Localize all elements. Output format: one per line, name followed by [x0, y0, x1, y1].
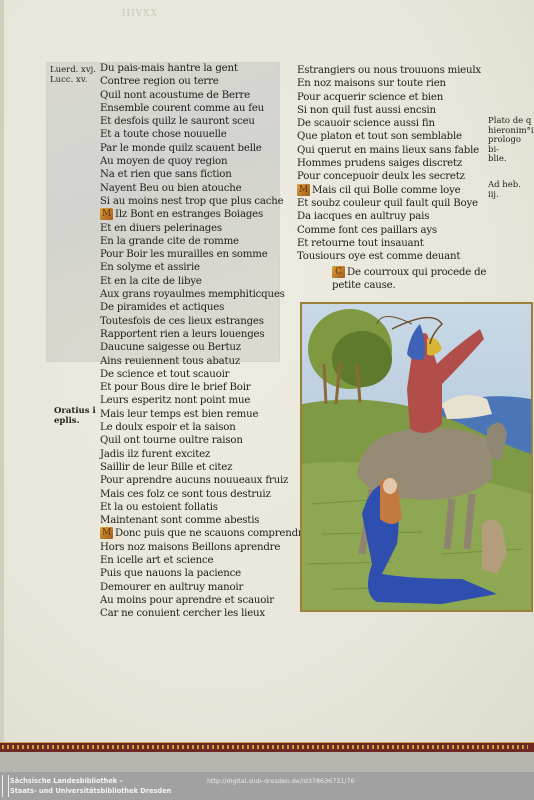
verse-line: Qui querut en mains lieux sans fable	[297, 144, 477, 157]
verse-text: Jadis ilz furent excitez	[100, 449, 210, 460]
verse-line: Pour concepuoir deulx les secretz	[297, 170, 477, 183]
margin-note-line: eplis.	[54, 417, 96, 427]
verse-line: MIlz Bont en estranges Boiages	[100, 208, 290, 221]
verse-text: Et a toute chose nouuelle	[100, 129, 227, 140]
verse-line: MDonc puis que ne scauons comprendre	[100, 527, 290, 540]
verse-line: Du pais-mais hantre la gent	[100, 62, 290, 75]
verse-line: En icelle art et science	[100, 554, 290, 567]
verse-text: Pour Boir les murailles en somme	[100, 249, 268, 260]
verse-line: Ensemble courent comme au feu	[100, 102, 290, 115]
verse-line: Mais leur temps est bien remue	[100, 408, 290, 421]
verse-line: Si au moins nest trop que plus cache	[100, 195, 290, 208]
verse-text: Pour aprendre aucuns nouueaux fruiz	[100, 475, 288, 486]
verse-text: Quil nont acoustume de Berre	[100, 90, 250, 101]
library-footer: Sächsische Landesbibliothek – Staats- un…	[0, 772, 534, 800]
verse-text: Par le monde quilz scauent belle	[100, 143, 262, 154]
verse-line: De piramides et actiques	[100, 301, 290, 314]
verse-text: Et soubz couleur quil fault quil Boye	[297, 198, 478, 209]
verse-line: Comme font ces paillars ays	[297, 224, 477, 237]
verse-text: Toutesfois de ces lieux estranges	[100, 316, 264, 327]
gilt-border-pattern	[2, 745, 528, 749]
verse-line: Pour Boir les murailles en somme	[100, 248, 290, 261]
margin-note-line: prologo bi-	[488, 136, 534, 155]
library-logo-icon	[2, 775, 9, 797]
verse-line: Rapportent rien a leurs louenges	[100, 328, 290, 341]
verse-line: Ains reuiennent tous abatuz	[100, 355, 290, 368]
verse-line: Quil ont tourne oultre raison	[100, 434, 290, 447]
heading-line: De courroux qui procede de	[347, 267, 486, 278]
verse-line: Pour aprendre aucuns nouueaux fruiz	[100, 474, 290, 487]
verse-line: Puis que nauons la pacience	[100, 567, 290, 580]
illuminated-initial: M	[297, 184, 310, 196]
verse-line: En la grande cite de romme	[100, 235, 290, 248]
verse-line: Hors noz maisons Beillons aprendre	[100, 541, 290, 554]
verse-text: Da iacques en aultruy pais	[297, 211, 429, 222]
verse-line: Car ne conuient cercher les lieux	[100, 607, 290, 620]
illuminated-initial: M	[100, 208, 113, 220]
verse-text: Rapportent rien a leurs louenges	[100, 329, 264, 340]
text-column-right: Estrangiers ou nous trouuons mieulxEn no…	[297, 64, 477, 263]
verse-text: Si non quil fust aussi encsin	[297, 105, 436, 116]
library-name-line1: Sächsische Landesbibliothek –	[10, 777, 123, 785]
verse-text: Au moins pour aprendre et scauoir	[100, 595, 274, 606]
verse-text: Si au moins nest trop que plus cache	[100, 196, 283, 207]
miniature-illustration	[300, 302, 533, 612]
heading-line: petite cause.	[332, 280, 396, 291]
verse-line: Et retourne tout insauant	[297, 237, 477, 250]
verse-line: Daucune saigesse ou Bertuz	[100, 341, 290, 354]
verse-line: MMais cil qui Bolle comme loye	[297, 184, 477, 197]
verse-text: De science et tout scauoir	[100, 369, 229, 380]
verse-line: Toutesfois de ces lieux estranges	[100, 315, 290, 328]
verse-line: Contree region ou terre	[100, 75, 290, 88]
miniature-painting-icon	[302, 304, 531, 610]
verse-text: Ilz Bont en estranges Boiages	[115, 209, 263, 220]
verse-text: De piramides et actiques	[100, 302, 224, 313]
folio-number-bleedthrough: IIIVXX	[122, 9, 158, 19]
verse-text: Daucune saigesse ou Bertuz	[100, 342, 241, 353]
verse-line: Et en la cite de libye	[100, 275, 290, 288]
verse-text: Et desfois quilz le sauront sceu	[100, 116, 255, 127]
verse-text: Le doulx espoir et la saison	[100, 422, 236, 433]
verse-text: Donc puis que ne scauons comprendre	[115, 528, 308, 539]
verse-text: En noz maisons sur toute rien	[297, 78, 446, 89]
verse-line: De science et tout scauoir	[100, 368, 290, 381]
verse-text: Aux grans royaulmes memphiticques	[100, 289, 285, 300]
verse-text: Pour concepuoir deulx les secretz	[297, 171, 465, 182]
verse-text: Quil ont tourne oultre raison	[100, 435, 243, 446]
verse-text: En solyme et assirie	[100, 262, 200, 273]
verse-line: Le doulx espoir et la saison	[100, 421, 290, 434]
verse-text: Demourer en aultruy manoir	[100, 582, 243, 593]
margin-note-line: Ad heb. iij.	[488, 181, 534, 200]
verse-text: Ains reuiennent tous abatuz	[100, 356, 240, 367]
verse-text: Au moyen de quoy region	[100, 156, 227, 167]
verse-line: En solyme et assirie	[100, 261, 290, 274]
verse-line: Si non quil fust aussi encsin	[297, 104, 477, 117]
verse-text: Que platon et tout son semblable	[297, 131, 462, 142]
verse-text: Maintenant sont comme abestis	[100, 515, 259, 526]
permalink-url[interactable]: http://digital.slub-dresden.de/id3786367…	[207, 777, 355, 785]
verse-line: Et en diuers pelerinages	[100, 222, 290, 235]
verse-text: Car ne conuient cercher les lieux	[100, 608, 265, 619]
verse-line: Et soubz couleur quil fault quil Boye	[297, 197, 477, 210]
verse-text: Mais leur temps est bien remue	[100, 409, 258, 420]
verse-line: Aux grans royaulmes memphiticques	[100, 288, 290, 301]
verse-text: Qui querut en mains lieux sans fable	[297, 145, 479, 156]
verse-text: En la grande cite de romme	[100, 236, 239, 247]
verse-line: Mais ces folz ce sont tous destruiz	[100, 488, 290, 501]
verse-line: Au moins pour aprendre et scauoir	[100, 594, 290, 607]
verse-line: Jadis ilz furent excitez	[100, 448, 290, 461]
verse-line: Quil nont acoustume de Berre	[100, 89, 290, 102]
scan-background	[0, 752, 534, 772]
margin-note-line: Lucc. xv.	[50, 76, 96, 86]
verse-text: Et la ou estoient follatis	[100, 502, 218, 513]
margin-note-right-mid: Ad heb. iij.	[488, 181, 534, 200]
verse-line: Et pour Bous dire le brief Boir	[100, 381, 290, 394]
manuscript-page: IIIVXX Luerd. xvj. Lucc. xv. Oratius i e…	[0, 0, 534, 742]
verse-line: Hommes prudens saiges discretz	[297, 157, 477, 170]
verse-text: Hors noz maisons Beillons aprendre	[100, 542, 280, 553]
verse-text: Hommes prudens saiges discretz	[297, 158, 462, 169]
verse-text: Na et rien que sans fiction	[100, 169, 232, 180]
verse-line: Et a toute chose nouuelle	[100, 128, 290, 141]
section-heading: CDe courroux qui procede de petite cause…	[332, 266, 482, 293]
verse-line: Pour acquerir science et bien	[297, 91, 477, 104]
verse-line: Da iacques en aultruy pais	[297, 210, 477, 223]
library-name-line2: Staats- und Universitätsbibliothek Dresd…	[10, 787, 171, 795]
illuminated-initial: C	[332, 266, 345, 278]
text-column-left: Du pais-mais hantre la gentContree regio…	[100, 62, 290, 620]
margin-note-left-mid: Oratius i eplis.	[54, 407, 96, 426]
verse-text: Du pais-mais hantre la gent	[100, 63, 238, 74]
verse-line: Par le monde quilz scauent belle	[100, 142, 290, 155]
verse-text: Mais cil qui Bolle comme loye	[312, 185, 460, 196]
verse-text: Pour acquerir science et bien	[297, 92, 443, 103]
verse-text: Nayent Beu ou bien atouche	[100, 183, 241, 194]
verse-text: Et en diuers pelerinages	[100, 223, 222, 234]
verse-line: Leurs esperitz nont point mue	[100, 394, 290, 407]
verse-line: Demourer en aultruy manoir	[100, 581, 290, 594]
verse-text: De scauoir science aussi fin	[297, 118, 435, 129]
verse-line: Nayent Beu ou bien atouche	[100, 182, 290, 195]
verse-text: Tousiours oye est comme deuant	[297, 251, 460, 262]
verse-line: Saillir de leur Bille et citez	[100, 461, 290, 474]
verse-line: Estrangiers ou nous trouuons mieulx	[297, 64, 477, 77]
verse-text: Ensemble courent comme au feu	[100, 103, 264, 114]
verse-text: En icelle art et science	[100, 555, 213, 566]
verse-line: Maintenant sont comme abestis	[100, 514, 290, 527]
verse-line: Tousiours oye est comme deuant	[297, 250, 477, 263]
verse-line: Na et rien que sans fiction	[100, 168, 290, 181]
page-edge	[0, 0, 4, 742]
margin-note-line: blie.	[488, 155, 534, 165]
verse-text: Et pour Bous dire le brief Boir	[100, 382, 250, 393]
verse-line: Et desfois quilz le sauront sceu	[100, 115, 290, 128]
illuminated-initial: M	[100, 527, 113, 539]
verse-text: Comme font ces paillars ays	[297, 225, 437, 236]
verse-text: Puis que nauons la pacience	[100, 568, 241, 579]
verse-line: Que platon et tout son semblable	[297, 130, 477, 143]
verse-text: Saillir de leur Bille et citez	[100, 462, 232, 473]
margin-note-right-top: Plato de q hieronim°i prologo bi- blie.	[488, 117, 534, 165]
verse-text: Mais ces folz ce sont tous destruiz	[100, 489, 271, 500]
verse-line: En noz maisons sur toute rien	[297, 77, 477, 90]
verse-text: Contree region ou terre	[100, 76, 219, 87]
verse-line: De scauoir science aussi fin	[297, 117, 477, 130]
verse-text: Leurs esperitz nont point mue	[100, 395, 250, 406]
verse-text: Estrangiers ou nous trouuons mieulx	[297, 65, 481, 76]
verse-line: Et la ou estoient follatis	[100, 501, 290, 514]
verse-line: Au moyen de quoy region	[100, 155, 290, 168]
margin-note-left-top: Luerd. xvj. Lucc. xv.	[50, 66, 96, 85]
verse-text: Et retourne tout insauant	[297, 238, 424, 249]
verse-text: Et en la cite de libye	[100, 276, 202, 287]
